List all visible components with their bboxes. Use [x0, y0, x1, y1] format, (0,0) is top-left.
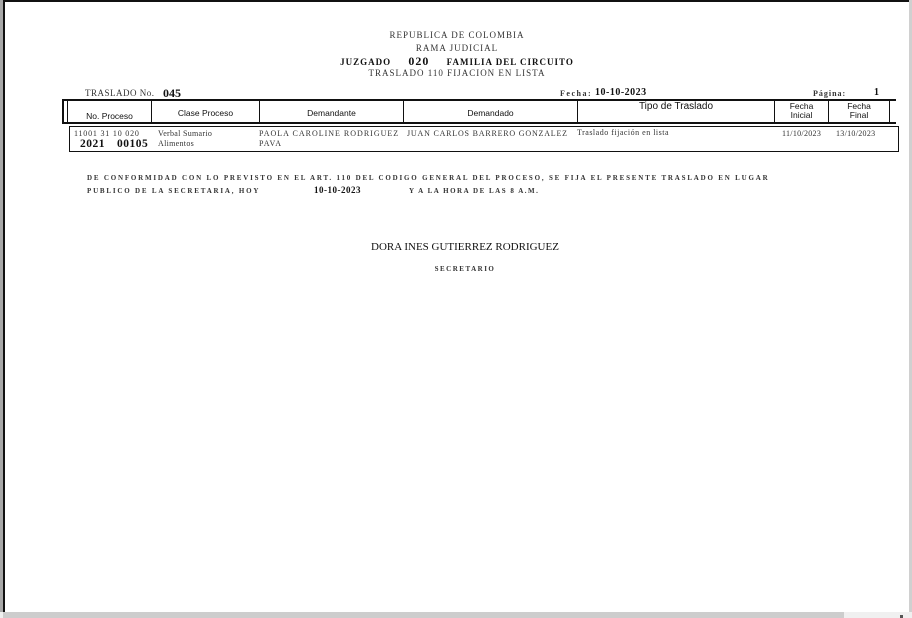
column-header-fecha-inicial: Fecha Inicial: [775, 101, 829, 122]
column-header-tipo-traslado: Tipo de Traslado: [578, 101, 775, 122]
traslado-label: TRASLADO No.: [85, 88, 155, 98]
tipo-traslado: Traslado fijación en lista: [577, 128, 669, 137]
table-row: 11001 31 10 020 202100105 Verbal Sumario…: [69, 126, 899, 152]
fecha-label: Fecha:: [560, 89, 592, 98]
court-label: JUZGADO: [340, 57, 391, 67]
notice-hour: Y A LA HORA DE LAS 8 A.M.: [409, 187, 539, 195]
demandante-line1: PAOLA CAROLINE RODRIGUEZ: [259, 129, 399, 138]
demandado: JUAN CARLOS BARRERO GONZALEZ: [407, 129, 568, 138]
fecha-value: 10-10-2023: [595, 87, 647, 98]
table-header: No. Proceso Tipo de Traslado Fecha Inici…: [62, 99, 896, 124]
demandante-line2: PAVA: [259, 139, 282, 148]
notice-line-2: PUBLICO DE LA SECRETARIA, HOY: [87, 187, 260, 195]
header-branch: RAMA JUDICIAL: [5, 43, 909, 53]
column-header-clase-proceso: Clase Proceso: [152, 101, 260, 122]
fecha-inicial: 11/10/2023: [782, 129, 821, 138]
document-viewer: REPUBLICA DE COLOMBIA RAMA JUDICIAL JUZG…: [0, 0, 912, 618]
pagina-label: Página:: [813, 89, 846, 98]
fecha-final: 13/10/2023: [836, 129, 875, 138]
column-header-fecha-final: Fecha Final: [829, 101, 890, 122]
header-subtitle: TRASLADO 110 FIJACION EN LISTA: [5, 68, 909, 78]
horizontal-scrollbar-thumb[interactable]: [3, 612, 844, 618]
court-name: FAMILIA DEL CIRCUITO: [447, 57, 574, 67]
signer-name: DORA INES GUTIERREZ RODRIGUEZ: [5, 241, 912, 253]
column-header-no-proceso: No. Proceso: [68, 101, 152, 122]
signer-role: SECRETARIO: [5, 265, 912, 273]
notice-date: 10-10-2023: [314, 185, 361, 195]
notice-line-1: DE CONFORMIDAD CON LO PREVISTO EN EL ART…: [87, 174, 769, 182]
column-header-demandante: Demandante: [260, 101, 404, 122]
pagina-value: 1: [874, 87, 879, 98]
proceso-code: 11001 31 10 020: [74, 129, 140, 138]
court-number: 020: [408, 54, 429, 68]
clase-proceso-line2: Alimentos: [158, 139, 194, 148]
header-court: JUZGADO 020 FAMILIA DEL CIRCUITO: [5, 54, 909, 69]
proceso-number: 202100105: [80, 138, 148, 150]
clase-proceso-line1: Verbal Sumario: [158, 129, 212, 138]
header-country: REPUBLICA DE COLOMBIA: [5, 30, 909, 40]
column-header-demandado: Demandado: [404, 101, 578, 122]
document-page: REPUBLICA DE COLOMBIA RAMA JUDICIAL JUZG…: [5, 2, 909, 612]
